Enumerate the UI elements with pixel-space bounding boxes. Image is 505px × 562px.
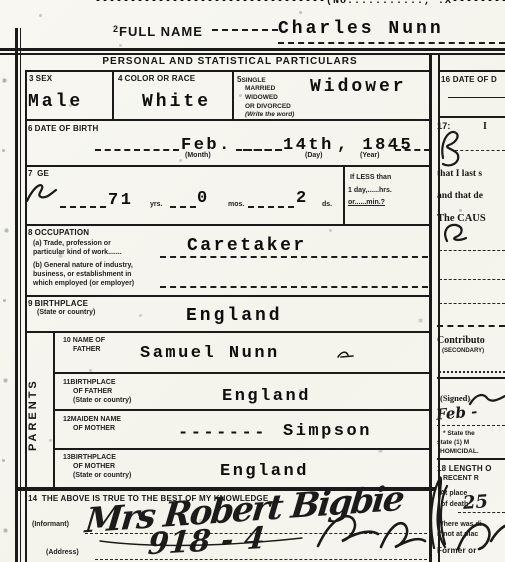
age-days-value: 2	[296, 189, 309, 208]
address-caption: (Address)	[46, 549, 79, 556]
row1-top-line	[25, 70, 432, 72]
section-title: PERSONAL AND STATISTICAL PARTICULARS	[70, 56, 390, 67]
mother-bp-label-line2: OF MOTHER	[73, 463, 115, 470]
birthplace-label: 9BIRTHPLACE	[28, 299, 88, 308]
death-certificate-scan: ---------------------------------(No....…	[0, 0, 505, 562]
sex-value: Male	[28, 92, 83, 112]
rc-date-of-death-label: 16 DATE OF D	[441, 75, 497, 84]
occupation-a-label-line2: particular kind of work.......	[33, 249, 122, 256]
rc-f17-text: I	[483, 121, 487, 132]
sex-field-number: 3	[29, 74, 34, 83]
marital-label-line4: OR DIVORCED	[245, 103, 291, 110]
dob-year-caption: (Year)	[360, 152, 379, 159]
rc-former-label: Former or	[437, 546, 477, 555]
occupation-bottom-line	[25, 295, 432, 297]
rc-dotted-line	[439, 371, 505, 373]
rc-note-line2: state (1) M	[437, 439, 469, 446]
left-margin-line-outer	[15, 28, 18, 562]
marital-hint: (Write the word)	[245, 111, 294, 118]
occupation-b-label-line1: (b) General nature of industry,	[33, 262, 133, 269]
occupation-field-number: 8	[28, 228, 33, 237]
race-marital-divider	[232, 70, 234, 120]
birthplace-field-number: 9	[28, 299, 33, 308]
occupation-b-label-line3: which employed (or employer)	[33, 280, 134, 287]
cause-of-death-scrawl	[445, 225, 466, 241]
mother-name-field-number: 12	[63, 416, 71, 423]
mother-bp-value: England	[220, 462, 309, 481]
rc-dash-heavy	[437, 325, 505, 327]
father-bp-label-line3: (State or country)	[73, 397, 131, 404]
age-dash3	[248, 206, 294, 208]
dob-field-number: 6	[28, 124, 33, 133]
father-name-label-line2: FATHER	[73, 346, 100, 353]
mother-bp-label-line3: (State or country)	[73, 472, 131, 479]
full-name-value: Charles Nunn	[278, 19, 444, 39]
physician-scrawl-17	[442, 132, 458, 165]
form-right-border	[429, 54, 432, 562]
mother-name-bottom-line	[55, 448, 432, 450]
father-name-field-number: 10	[63, 337, 71, 344]
dob-month-caption: (Month)	[185, 152, 211, 159]
row1-bottom-line	[25, 119, 432, 121]
double-rule-top	[0, 48, 505, 51]
left-margin-line-inner	[20, 28, 21, 562]
informant-caption: (Informant)	[32, 521, 69, 528]
birthplace-bottom-line	[25, 331, 432, 333]
rc-where-line2: if not at plac	[437, 531, 478, 538]
father-bp-label-line2: OF FATHER	[73, 388, 112, 395]
rc-length-label-line2: RECENT R	[443, 475, 479, 482]
father-name-bottom-line	[55, 372, 432, 374]
age-handwritten-mark	[27, 185, 56, 201]
rc-dash-signed	[437, 425, 505, 426]
birthplace-label-text: BIRTHPLACE	[35, 299, 89, 308]
father-name-label-text1: NAME OF	[73, 337, 105, 344]
full-name-leader-dashes	[212, 29, 278, 31]
rc-cert-line1: that I last s	[437, 169, 482, 179]
occupation-b-line	[160, 286, 428, 288]
rc-line-117	[438, 116, 505, 118]
race-label: 4COLOR OR RACE	[118, 74, 195, 83]
occupation-label-text: OCCUPATION	[35, 228, 90, 237]
occupation-a-label-line1: (a) Trade, profession or	[33, 240, 111, 247]
age-dash2	[170, 206, 196, 208]
rc-dash-3	[439, 303, 505, 304]
rc-dash-2	[439, 279, 505, 280]
rc-dash-1	[439, 250, 505, 251]
rc-where-line1: Where was di	[437, 521, 482, 528]
dob-dash1	[95, 149, 179, 151]
marital-option-single: SINGLE	[241, 77, 265, 84]
marital-label-line3: WIDOWED	[245, 94, 278, 101]
age-less-line2: 1 day,......hrs.	[348, 187, 392, 194]
birthplace-value: England	[186, 306, 283, 326]
occupation-b-label-line2: business, or establishment in	[33, 271, 131, 278]
sex-label: 3SEX	[29, 74, 52, 83]
rc-secondary-label: (SECONDARY)	[442, 348, 484, 354]
mother-bp-field-number: 13	[63, 454, 71, 461]
rc-at-place-value: 25	[462, 491, 488, 514]
mother-bp-label-text1: BIRTHPLACE	[71, 454, 116, 461]
mother-name-value: Simpson	[283, 422, 372, 441]
full-name-underline	[278, 42, 505, 44]
sex-race-divider	[112, 70, 114, 120]
father-bp-value: England	[222, 387, 311, 406]
rc-note-line1: * State the	[443, 430, 475, 437]
race-label-text: COLOR OR RACE	[125, 74, 196, 83]
father-name-label-line1: 10 NAME OF	[63, 337, 105, 344]
header-no-line: ---------------------------------(No....…	[95, 0, 505, 7]
full-name-label-text: FULL NAME	[119, 24, 203, 39]
parents-side-label: PARENTS	[27, 352, 39, 478]
age-label-text: GE	[37, 169, 49, 178]
dob-day-caption: (Day)	[305, 152, 323, 159]
mother-bp-label-line1: 13BIRTHPLACE	[63, 454, 116, 461]
age-ds-caption: ds.	[322, 201, 332, 208]
sex-label-text: SEX	[36, 74, 53, 83]
full-name-label: 2FULL NAME	[113, 24, 203, 39]
mother-name-dashes: -------	[178, 424, 267, 443]
dob-dash3	[243, 149, 281, 151]
rc-line-460	[437, 458, 505, 460]
rc-dash-17	[455, 150, 505, 151]
age-label: 7 GE	[28, 169, 49, 178]
race-value: White	[142, 92, 211, 112]
paper-speckles	[0, 0, 1, 1]
address-line	[95, 559, 432, 560]
occupation-a-line	[160, 256, 428, 258]
mother-name-label-line2: OF MOTHER	[73, 425, 115, 432]
rc-contributory-label: Contributo	[437, 335, 485, 346]
parents-divider	[53, 331, 55, 487]
dob-label: 6DATE OF BIRTH	[28, 124, 98, 133]
age-less-line3: or......min.?	[348, 199, 385, 206]
rc-length-label-line1: 18 LENGTH O	[437, 464, 492, 473]
rc-cause-label: The CAUS	[437, 213, 486, 224]
marital-label-line2: MARRIED	[245, 85, 275, 92]
dob-label-text: DATE OF BIRTH	[35, 124, 99, 133]
attest-field-number: 14	[28, 494, 37, 503]
age-years-value: 71	[108, 191, 133, 210]
mother-name-label-text1: MAIDEN NAME	[71, 416, 121, 423]
father-bp-label-line1: 11BIRTHPLACE	[63, 379, 116, 386]
rc-signed-label: (Signed)	[440, 393, 470, 403]
age-yrs-caption: yrs.	[150, 201, 162, 208]
rc-line-70	[438, 70, 505, 72]
father-name-value: Samuel Nunn	[140, 344, 280, 363]
rc-cert-line2: and that de	[437, 191, 483, 201]
dob-bottom-line	[25, 165, 432, 167]
occupation-label: 8OCCUPATION	[28, 228, 89, 237]
race-field-number: 4	[118, 74, 123, 83]
rc-f17-number: 17:	[437, 121, 451, 131]
age-field-number: 7	[28, 169, 33, 178]
mother-name-label-line1: 12MAIDEN NAME	[63, 416, 121, 423]
rc-note-line3: HOMICIDAL.	[440, 448, 479, 455]
address-handwriting: 918 - 4	[147, 521, 267, 562]
birthplace-sub-label: (State or country)	[37, 309, 95, 316]
age-less-divider	[343, 167, 345, 225]
father-bp-bottom-line	[55, 409, 432, 411]
age-mos-caption: mos.	[228, 201, 244, 208]
age-dash1	[60, 206, 106, 208]
age-bottom-line	[25, 224, 432, 226]
age-months-value: 0	[197, 189, 210, 208]
marital-value: Widower	[310, 77, 407, 97]
age-less-line1: If LESS than	[350, 174, 391, 181]
rc-place-underline	[458, 512, 505, 513]
rc-fill-line	[448, 97, 505, 98]
rc-signed-date-handwriting: Feb -	[435, 402, 478, 424]
father-row-mark	[338, 352, 353, 357]
occupation-a-value: Caretaker	[187, 236, 307, 256]
father-bp-label-text1: BIRTHPLACE	[70, 379, 115, 386]
dob-dash4	[395, 149, 430, 151]
rc-line-378	[437, 377, 505, 379]
marital-label-line1: 5SINGLE	[237, 75, 266, 84]
